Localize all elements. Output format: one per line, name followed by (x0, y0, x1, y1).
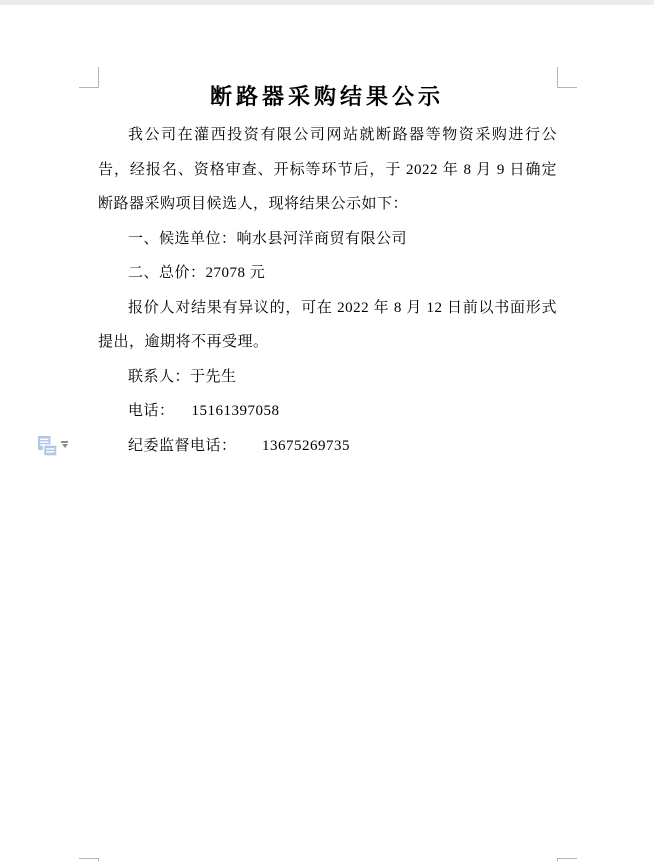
doc-paragraph-price[interactable]: 二、总价：27078 元 (98, 256, 557, 291)
doc-paragraph-contact[interactable]: 联系人：于先生 (98, 360, 557, 395)
doc-body[interactable]: 我公司在灌西投资有限公司网站就断路器等物资采购进行公告，经报名、资格审查、开标等… (98, 118, 557, 463)
doc-title[interactable]: 断路器采购结果公示 (0, 82, 654, 112)
doc-paragraph-supervision-phone[interactable]: 纪委监督电话： 13675269735 (98, 429, 557, 464)
paste-options-icon (38, 436, 58, 457)
document-page[interactable]: 断路器采购结果公示 我公司在灌西投资有限公司网站就断路器等物资采购进行公告，经报… (0, 5, 654, 861)
doc-paragraph-objection[interactable]: 报价人对结果有异议的，可在 2022 年 8 月 12 日前以书面形式提出，逾期… (98, 291, 557, 360)
doc-paragraph-phone[interactable]: 电话： 15161397058 (98, 394, 557, 429)
paste-options-button[interactable] (38, 433, 72, 459)
doc-paragraph-intro[interactable]: 我公司在灌西投资有限公司网站就断路器等物资采购进行公告，经报名、资格审查、开标等… (98, 118, 557, 222)
doc-paragraph-candidate[interactable]: 一、候选单位：响水县河洋商贸有限公司 (98, 222, 557, 257)
chevron-down-icon (61, 441, 68, 448)
